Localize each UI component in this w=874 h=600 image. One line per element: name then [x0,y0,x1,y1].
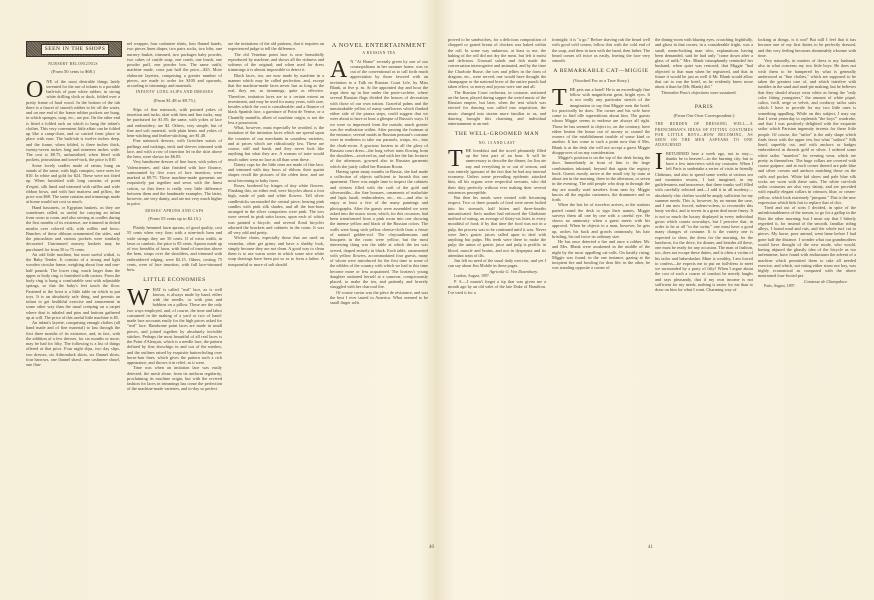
paragraph: Some lovely cradles made of rattan, hung… [26,163,120,205]
paragraph: What, however, must especially be avoide… [228,125,324,162]
paragraph: But then his meals were treated with bec… [448,195,546,258]
paragraph: An infant's layette, comprising enough c… [26,320,120,367]
price-range: (From 50 cents to $68.) [26,69,120,74]
paragraph: Plainly hemmed lawn aprons, of good qual… [127,225,222,272]
postscript: P. S.—I mustn't forget a tip that was gi… [448,279,546,295]
left-column-2: nel wrapper, four cashmere shirts, four … [127,41,222,496]
heading-well-groomed-man: THE WELL-GROOMED MAN [448,132,546,137]
paragraph: proved to be sandwiches, for a delicious… [448,37,546,90]
paragraph: The old Venetian point lace is now beaut… [228,52,324,73]
paragraph: Very handsome dresses of fine lawn, with… [127,159,222,206]
drop-cap: T [552,88,567,108]
left-column-4: A NOVEL ENTERTAINMENT A RUSSIAN TEA A N … [330,41,428,541]
paragraph: Slips of fine nainsook, with pointed yok… [127,107,222,139]
paragraph: Hand bassinets, or Egyptian baskets, as … [26,205,120,252]
dateline: Paris, August, 1897. [764,284,856,289]
paragraph: When the last lot of travelers arrives, … [552,202,650,239]
drop-cap: T [448,149,463,169]
paragraph: looking at things, is it not? But still … [758,37,856,58]
right-column-1: proved to be sandwiches, for a delicious… [448,37,546,550]
price-range: (From 55 cents up to $2.15.) [127,216,222,221]
heading-paris: PARIS [655,105,753,110]
paragraph: the dining-room with blazing eyes, crouc… [655,37,753,90]
subheading: NO. 13 AND LAST [448,141,546,146]
left-column-3: are the imitations of the old patterns, … [228,41,324,496]
paragraph: Jim felt no need of the usual daily exer… [448,258,546,269]
right-column-3: the dining-room with blazing eyes, crouc… [655,37,753,550]
heading-aprons: MISSES' APRONS AND CAPS [127,209,222,214]
drop-cap: A [330,60,347,80]
magazine-spread: SEEN IN THE SHOPS NURSERY BELONGINGS (Fr… [0,0,874,600]
section-banner: SEEN IN THE SHOPS [26,41,122,57]
paragraph: Black laces, too, are now made by machin… [228,73,324,126]
subheading: (Vouched For as a True Story.) [552,78,650,83]
paragraph: The Russian Court orchestra, in costume,… [448,90,546,127]
right-column-2: fortnight; it is "a go." Before shaving … [552,37,650,550]
paragraph: An odd little machine, but most useful w… [26,252,120,320]
drop-cap: O [26,80,43,100]
heading-nursery: NURSERY BELONGINGS [26,62,120,67]
article-summary: THE BURDEN OF DRESSING WELL—A FRENCHMAN'… [655,122,753,148]
drop-cap: W [127,288,150,308]
heading-slips: INFANTS' LONG SLIPS AND DRESSES [127,90,222,95]
heading-remarkable-cat: A REMARKABLE CAT—MIGGIE [552,69,650,74]
paragraph: Very naturally, in matters of dress is m… [758,58,856,205]
paragraph: Roses, bordered by fringes of tiny white… [228,183,324,236]
paragraph: Having spent many months in Russia, she … [330,169,428,290]
paragraph: Time was when an imitation lace was easi… [127,365,222,391]
heading-little-economies: LITTLE ECONOMIES [127,278,222,283]
paragraph: RETURNED here a week ago, not to stay—th… [655,151,753,293]
page-number-right: 41 [648,545,653,550]
drop-cap: I [655,152,663,172]
page-number-left: 40 [429,545,434,550]
subheading: A RUSSIAN TEA [330,51,428,56]
paragraph: Thereafter Puss's objections were sustai… [655,90,753,95]
paragraph: are the imitations of the old patterns, … [228,41,324,52]
price-range: (From $1.48 to $9.75.) [127,98,222,103]
heading-novel-entertainment: A NOVEL ENTERTAINMENT [330,43,428,48]
paragraph: Of course caviar was the pièce de résist… [330,290,428,306]
paragraph: Dainty caps for the little ones are made… [228,162,324,183]
paragraph: Fine nainsook dresses, with Gretchen wai… [127,138,222,159]
paragraph: fortnight; it is "a go." Before shaving … [552,37,650,63]
section-banner-title: SEEN IN THE SHOPS [41,44,109,55]
paragraph: Miggie's position is on the top of the d… [552,155,650,202]
paragraph: Wicker chairs, especially those that are… [228,235,324,267]
paragraph: Tired and out of sorts I decided, in spi… [758,205,856,279]
subheading: (From Our Own Correspondent.) [655,113,753,118]
left-column-1: NURSERY BELONGINGS (From 50 cents to $68… [26,60,120,496]
right-column-4: looking at things, is it not? But still … [758,37,856,550]
paragraph: nel wrapper, four cashmere shirts, four … [127,41,222,88]
paragraph: He has once detected a fire and once a r… [552,239,650,271]
